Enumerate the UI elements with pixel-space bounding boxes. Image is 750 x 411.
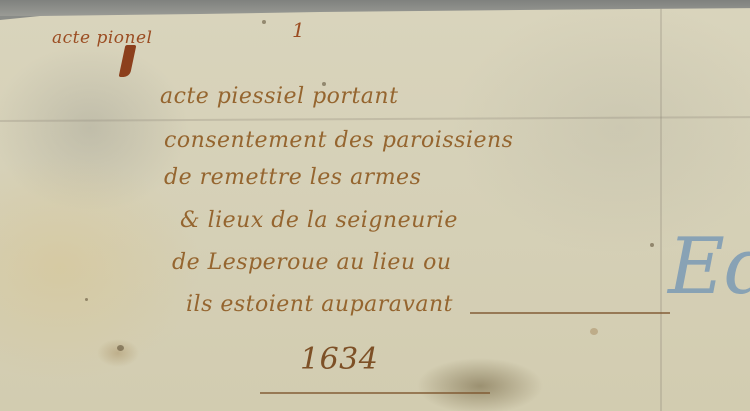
text-line-3: de remettre les armes	[164, 165, 421, 190]
heading-note: acte pionel	[52, 28, 152, 48]
underline-rule	[260, 392, 490, 394]
text-line-4: & lieux de la seigneurie	[180, 208, 458, 233]
stain-speck	[85, 298, 88, 301]
underline-rule	[470, 312, 670, 314]
stain-speck	[590, 328, 598, 335]
blue-pencil-mark: Ed	[668, 222, 750, 312]
stain-speck	[117, 345, 124, 351]
stain-speck	[262, 20, 266, 24]
year: 1634	[300, 342, 378, 377]
fold-crease	[660, 8, 662, 411]
text-line-2: consentement des paroissiens	[164, 128, 513, 153]
text-line-5: de Lesperoue au lieu ou	[172, 250, 452, 275]
fold-crease	[0, 116, 750, 122]
stain-speck	[650, 243, 654, 247]
text-line-6: ils estoient auparavant	[186, 292, 453, 317]
heading-mark: 1	[292, 18, 305, 42]
text-line-1: acte piessiel portant	[160, 84, 398, 109]
